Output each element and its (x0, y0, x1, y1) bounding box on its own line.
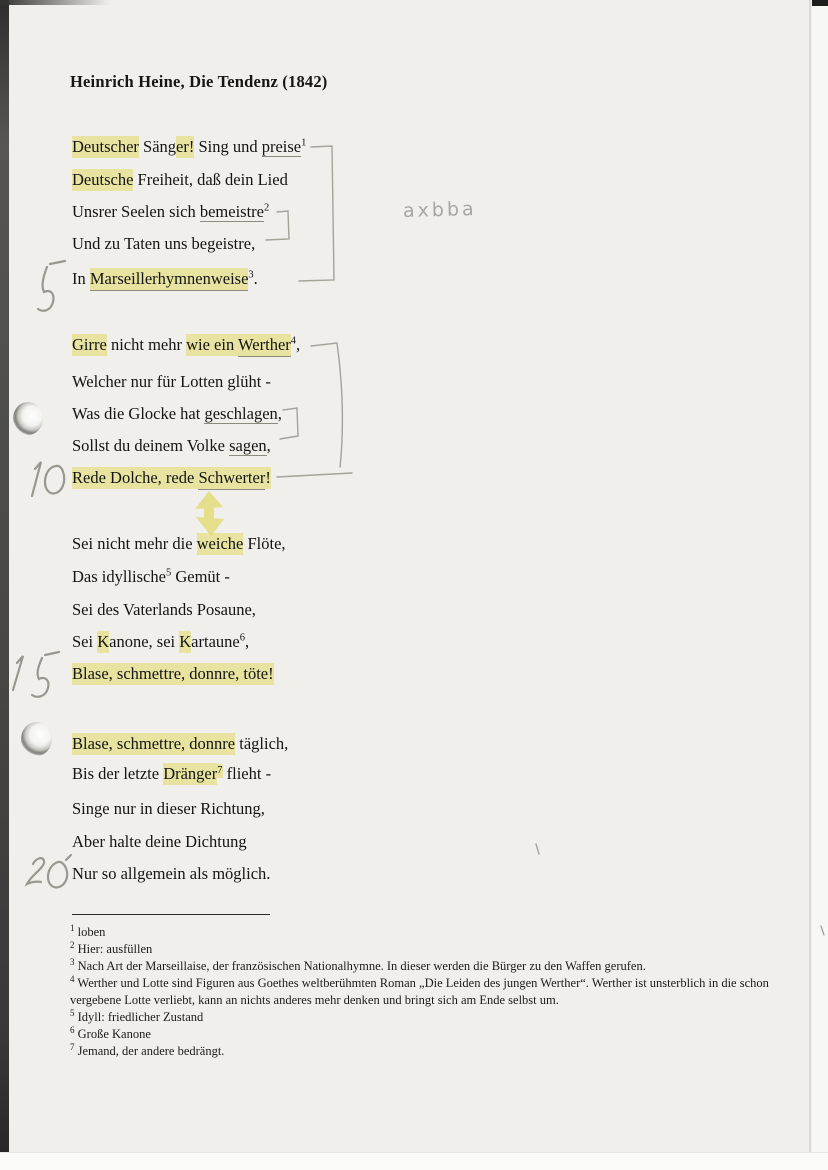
poem-line-16: Blase, schmettre, donnre täglich, (72, 732, 288, 756)
poem-line-17: Bis der letzte Dränger7 flieht - (72, 762, 271, 786)
footnote-text: Werther und Lotte sind Figuren aus Goeth… (70, 976, 769, 1007)
poem-text-segment: Sei des Vaterlands Posaune, (72, 600, 256, 619)
poem-text-segment: nicht mehr (107, 335, 186, 354)
poem-text-segment: Gemüt - (171, 567, 230, 586)
highlighted-text: weiche (197, 533, 244, 555)
highlighted-text: wie ein (186, 334, 238, 356)
poem-text-segment: flieht - (223, 764, 272, 783)
poem-text-segment: Sollst du deinem Volke (72, 436, 229, 455)
stray-pencil-mark (536, 844, 539, 854)
highlighter-double-arrow (195, 491, 224, 536)
bracket-stanza2-inner (280, 408, 298, 439)
poem-text-segment: , (278, 404, 282, 423)
poem-line-5: In Marseillerhymnenweise3. (72, 267, 258, 291)
poem-text-segment: Bis der letzte (72, 764, 163, 783)
hole-punch-bottom (21, 722, 52, 756)
highlighted-text: ! (265, 467, 271, 489)
poem-text-segment: Und zu Taten uns begeistre, (72, 234, 255, 253)
underlined-text: geschlagen (204, 404, 277, 424)
poem-text-segment: Freiheit, daß dein Lied (133, 170, 287, 189)
highlighted-text: Blase, schmettre, donnre, töte! (72, 663, 274, 685)
underlined-text: bemeistre (200, 202, 264, 222)
line-number-20 (27, 855, 71, 887)
poem-line-3: Unsrer Seelen sich bemeistre2 (72, 200, 269, 224)
poem-line-12: Das idyllische5 Gemüt - (72, 565, 230, 589)
poem-text-segment: , (245, 632, 249, 651)
poem-line-19: Aber halte deine Dichtung (72, 830, 247, 854)
poem-text-segment: Flöte, (243, 534, 285, 553)
poem-text-segment: Sei (72, 632, 97, 651)
poem-line-2: Deutsche Freiheit, daß dein Lied (72, 168, 288, 192)
poem-line-7: Welcher nur für Lotten glüht - (72, 370, 271, 394)
footnote-text: Nach Art der Marseillaise, der französis… (75, 959, 646, 973)
footnote-text: Hier: ausfüllen (75, 942, 153, 956)
scan-bottom-edge (0, 1152, 828, 1170)
poem-text-segment: Welcher nur für Lotten glüht - (72, 372, 271, 391)
highlighted-text: Rede Dolche, rede (72, 467, 198, 489)
poem-line-11: Sei nicht mehr die weiche Flöte, (72, 532, 286, 556)
highlighted-text: er! (176, 136, 194, 158)
highlighted-text: Girre (72, 334, 107, 356)
poem-text-segment: Unsrer Seelen sich (72, 202, 200, 221)
scan-top-edge-shadow (0, 0, 110, 5)
underlined-text: sagen (229, 436, 267, 456)
footnote-text: loben (75, 925, 106, 939)
bracket-stanza2-outer (311, 343, 342, 467)
poem-text-segment: . (254, 269, 258, 288)
poem-text-segment: , (267, 436, 271, 455)
highlighted-text: Blase, schmettre, donnre (72, 733, 235, 755)
poem-text-segment: Sei nicht mehr die (72, 534, 197, 553)
poem-line-1: Deutscher Sänger! Sing und preise1 (72, 135, 306, 159)
scan-corner-mark (812, 0, 828, 6)
underlined-text: preise (262, 137, 301, 157)
bracket-stanza2-bottom-dash (277, 473, 352, 477)
footnote-text: Große Kanone (75, 1027, 151, 1041)
poem-text-segment: täglich, (235, 734, 288, 753)
footnote-reference: 2 (264, 203, 269, 214)
poem-text-segment: anone, sei (109, 632, 179, 651)
highlighted-text: K (179, 631, 191, 653)
poem-line-13: Sei des Vaterlands Posaune, (72, 598, 256, 622)
footnote-separator (72, 914, 270, 915)
poem-line-15: Blase, schmettre, donnre, töte! (72, 662, 274, 686)
footnote-3: 3 Nach Art der Marseillaise, der französ… (70, 958, 770, 975)
highlighted-text: Dränger (163, 763, 217, 785)
footnote-reference: 1 (301, 138, 306, 149)
poem-line-4: Und zu Taten uns begeistre, (72, 232, 255, 256)
page-right-edge-line (809, 0, 811, 1170)
poem-text-segment: , (296, 335, 300, 354)
footnote-5: 5 Idyll: friedlicher Zustand (70, 1009, 770, 1026)
bracket-stanza1-outer (299, 146, 334, 281)
highlighted-text: Deutsche (72, 169, 133, 191)
footnotes-block: 1 loben2 Hier: ausfüllen3 Nach Art der M… (70, 924, 770, 1060)
poem-text-segment: artaune (191, 632, 240, 651)
footnote-7: 7 Jemand, der andere bedrängt. (70, 1043, 770, 1060)
poem-text-segment: Nur so allgemein als möglich. (72, 864, 270, 883)
scan-left-edge-shadow (0, 0, 9, 1170)
poem-line-8: Was die Glocke hat geschlagen, (72, 402, 282, 426)
bracket-stanza1-inner (266, 211, 289, 240)
hole-punch-top (13, 402, 43, 435)
poem-text-segment: In (72, 269, 90, 288)
footnote-2: 2 Hier: ausfüllen (70, 941, 770, 958)
poem-line-18: Singe nur in dieser Richtung, (72, 797, 265, 821)
poem-line-6: Girre nicht mehr wie ein Werther4, (72, 333, 300, 357)
poem-text-segment: Das idyllische (72, 567, 166, 586)
scan-right-margin (812, 6, 828, 1170)
highlighted-text: Schwerter (198, 467, 265, 490)
page-title: Heinrich Heine, Die Tendenz (1842) (70, 70, 328, 94)
poem-line-20: Nur so allgemein als möglich. (72, 862, 270, 886)
line-number-10 (32, 462, 64, 496)
footnote-6: 6 Große Kanone (70, 1026, 770, 1043)
poem-text-segment: Säng (139, 137, 176, 156)
highlighted-text: Deutscher (72, 136, 139, 158)
footnote-text: Idyll: friedlicher Zustand (75, 1010, 204, 1024)
footnote-1: 1 loben (70, 924, 770, 941)
poem-line-14: Sei Kanone, sei Kartaune6, (72, 630, 249, 654)
poem-line-9: Sollst du deinem Volke sagen, (72, 434, 271, 458)
line-number-15 (13, 652, 59, 697)
footnote-4: 4 Werther und Lotte sind Figuren aus Goe… (70, 975, 770, 1009)
poem-text-segment: Aber halte deine Dichtung (72, 832, 247, 851)
poem-line-10: Rede Dolche, rede Schwerter! (72, 466, 271, 490)
highlighted-text: K (97, 631, 109, 653)
poem-text-segment: Sing und (194, 137, 261, 156)
footnote-text: Jemand, der andere bedrängt. (75, 1044, 225, 1058)
poem-text-segment: Was die Glocke hat (72, 404, 204, 423)
poem-text-segment: Singe nur in dieser Richtung, (72, 799, 265, 818)
highlighted-text: Werther (238, 334, 291, 357)
highlighted-text: Marseillerhymnenweise (90, 268, 249, 291)
line-number-5 (38, 261, 65, 311)
handwritten-note: axbba (403, 197, 477, 223)
scanned-document-page: { "paper": { "title": "Heinrich Heine, D… (0, 0, 828, 1170)
